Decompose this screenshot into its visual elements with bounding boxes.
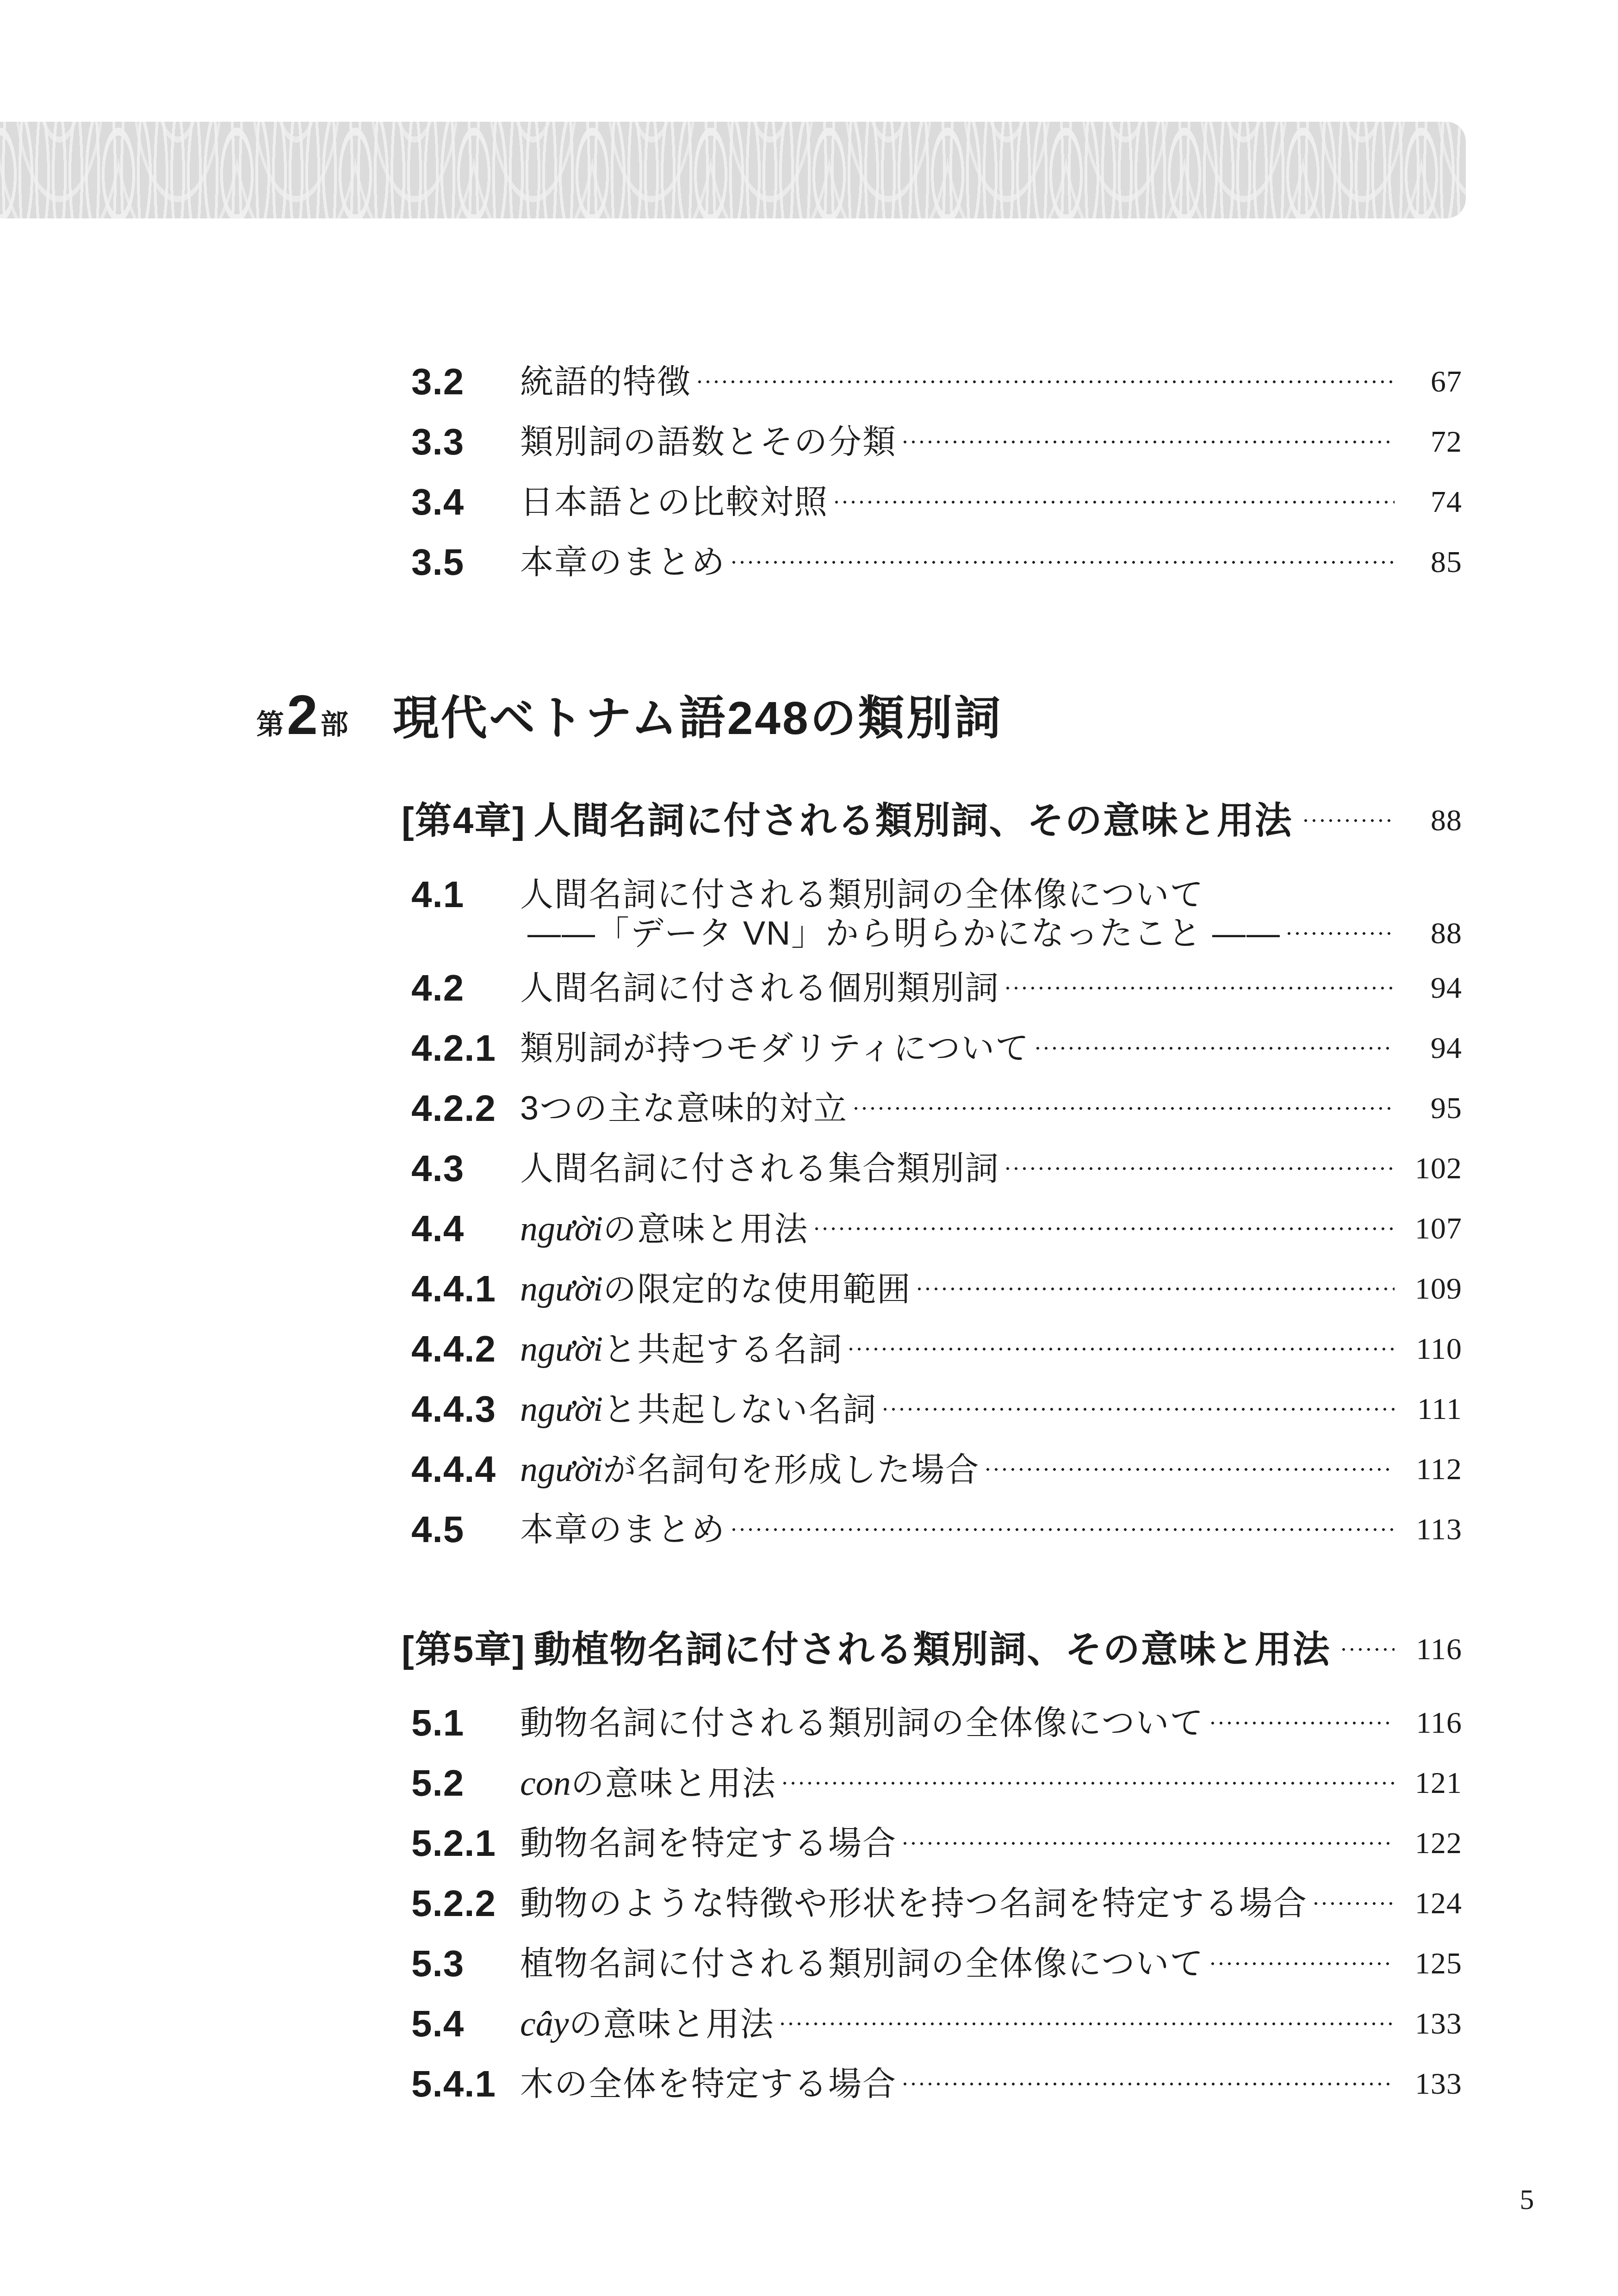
entry-title-text: ――「データ VN」から明らかになったこと ――: [527, 915, 1281, 952]
toc-entry: 4.4.1ngườiの限定的な使用範囲109: [411, 1259, 1462, 1319]
entry-title-text: 木の全体を特定する場合: [520, 2066, 897, 2103]
toc-entry: 5.3植物名詞に付される類別詞の全体像について125: [411, 1934, 1462, 1994]
chapter4-heading-row: [第4章] 人間名詞に付される類別詞、その意味と用法 88: [402, 790, 1462, 851]
toc-entry: 3.3類別詞の語数とその分類72: [411, 412, 1462, 472]
entry-page-number: 121: [1407, 1768, 1462, 1798]
entry-title-italic-term: người: [520, 1330, 603, 1369]
entry-title-text: が名詞句を形成した場合: [603, 1451, 979, 1488]
chapter5-title: 動植物名詞に付される類別詞、その意味と用法: [534, 1631, 1331, 1668]
entry-title: ――「データ VN」から明らかになったこと ――: [520, 917, 1281, 950]
chapter5-label: [第5章]: [402, 1631, 526, 1668]
dot-leader: [835, 500, 1395, 504]
entry-page-number: 116: [1407, 1708, 1462, 1738]
entry-number: 4.5: [411, 1511, 520, 1548]
entry-title: ngườiの意味と用法: [520, 1211, 808, 1246]
toc-entry: 4.2.23つの主な意味的対立95: [411, 1078, 1462, 1139]
entry-title: ngườiが名詞句を形成した場合: [520, 1452, 979, 1487]
part-label-prefix: 第: [256, 711, 284, 739]
entry-number: 5.2: [411, 1765, 520, 1802]
toc-page: 3.2統語的特徴673.3類別詞の語数とその分類723.4日本語との比較対照74…: [0, 0, 1618, 2296]
toc-entry: 3.4日本語との比較対照74: [411, 472, 1462, 532]
entry-page-number: 102: [1407, 1153, 1462, 1184]
entry-title-text: の限定的な使用範囲: [603, 1271, 911, 1308]
entry-page-number: 88: [1407, 918, 1462, 949]
dot-leader: [1314, 1902, 1395, 1905]
dot-leader: [781, 2022, 1395, 2026]
dot-leader: [732, 1528, 1395, 1531]
entry-title: 類別詞が持つモダリティについて: [520, 1032, 1029, 1065]
entry-page-number: 125: [1407, 1948, 1462, 1979]
entry-page-number: 67: [1407, 367, 1462, 397]
dot-leader: [986, 1468, 1395, 1471]
entry-title: ngườiと共起する名詞: [520, 1332, 843, 1367]
toc-section-chapter4: 4.2人間名詞に付される個別類別詞944.2.1類別詞が持つモダリティについて9…: [411, 958, 1462, 1560]
entry-title-text: 動物のような特徴や形状を持つ名詞を特定する場合: [520, 1885, 1308, 1922]
toc-entry-line2: ――「データ VN」から明らかになったこと ――88: [411, 914, 1462, 953]
chapter4-title: 人間名詞に付される類別詞、その意味と用法: [534, 802, 1293, 839]
entry-page-number: 112: [1407, 1454, 1462, 1485]
dot-leader: [1287, 932, 1395, 935]
entry-number: 4.2.2: [411, 1090, 520, 1127]
entry-title-text: 人間名詞に付される個別類別詞: [520, 970, 999, 1007]
chapter5-heading-row: [第5章] 動植物名詞に付される類別詞、その意味と用法 116: [402, 1619, 1462, 1680]
entry-title-italic-term: cây: [520, 2004, 569, 2043]
chapter4-label: [第4章]: [402, 802, 526, 839]
entry-title: câyの意味と用法: [520, 2006, 774, 2041]
toc-entry: 4.4ngườiの意味と用法107: [411, 1199, 1462, 1259]
toc-section-chapter3: 3.2統語的特徴673.3類別詞の語数とその分類723.4日本語との比較対照74…: [411, 352, 1462, 592]
dot-leader: [732, 560, 1395, 564]
entry-title: 動物名詞を特定する場合: [520, 1827, 897, 1860]
entry-number: 5.4.1: [411, 2066, 520, 2103]
entry-title-text: 3つの主な意味的対立: [520, 1090, 848, 1127]
dot-leader: [849, 1347, 1395, 1351]
entry-page-number: 72: [1407, 427, 1462, 457]
toc-entry: 3.5本章のまとめ85: [411, 532, 1462, 592]
entry-title-text: 植物名詞に付される類別詞の全体像について: [520, 1945, 1204, 1982]
entry-number: 4.2.1: [411, 1030, 520, 1067]
toc-entry: 4.2.1類別詞が持つモダリティについて94: [411, 1018, 1462, 1078]
entry-title-text: 動物名詞を特定する場合: [520, 1825, 897, 1862]
entry-number: 4.2: [411, 970, 520, 1007]
toc-entry-line1: 4.1人間名詞に付される類別詞の全体像について: [411, 875, 1462, 914]
toc-entry: 5.4.1木の全体を特定する場合133: [411, 2054, 1462, 2114]
entry-title: 動物名詞に付される類別詞の全体像について: [520, 1706, 1204, 1740]
entry-title-text: 統語的特徴: [520, 363, 691, 400]
toc-entry: 4.5本章のまとめ113: [411, 1500, 1462, 1560]
toc-entry: 4.2人間名詞に付される個別類別詞94: [411, 958, 1462, 1018]
entry-number: 3.5: [411, 544, 520, 581]
dot-leader: [698, 380, 1395, 384]
toc-entry: 5.2.2動物のような特徴や形状を持つ名詞を特定する場合124: [411, 1873, 1462, 1934]
entry-title-text: 人間名詞に付される集合類別詞: [520, 1150, 999, 1187]
entry-title: conの意味と用法: [520, 1766, 776, 1801]
entry-page-number: 124: [1407, 1888, 1462, 1919]
toc-entry: 4.4.4ngườiが名詞句を形成した場合112: [411, 1439, 1462, 1500]
entry-title: 類別詞の語数とその分類: [520, 425, 897, 459]
entry-number: 4.4.3: [411, 1391, 520, 1428]
entry-number: 4.4: [411, 1210, 520, 1247]
part-title: 現代ベトナム語248の類別詞: [393, 695, 1003, 741]
entry-number: 5.2.2: [411, 1885, 520, 1922]
entry-page-number: 85: [1407, 547, 1462, 578]
toc-entry: 5.2.1動物名詞を特定する場合122: [411, 1813, 1462, 1873]
entry-title-italic-term: người: [520, 1269, 603, 1308]
entry-title-text: 日本語との比較対照: [520, 484, 828, 521]
entry-page-number: 95: [1407, 1093, 1462, 1124]
entry-title: 木の全体を特定する場合: [520, 2067, 897, 2101]
entry-title-text: の意味と用法: [569, 2006, 774, 2043]
entry-title: 統語的特徴: [520, 365, 691, 398]
entry-title-text: 本章のまとめ: [520, 1511, 725, 1548]
entry-title: 3つの主な意味的対立: [520, 1092, 848, 1125]
entry-number: 4.4.2: [411, 1331, 520, 1368]
dot-leader: [1006, 1167, 1395, 1170]
dot-leader: [883, 1407, 1395, 1411]
dot-leader: [783, 1781, 1395, 1785]
entry-number: 4.4.1: [411, 1270, 520, 1307]
toc-entry: 3.2統語的特徴67: [411, 352, 1462, 412]
dot-leader: [903, 2082, 1395, 2086]
entry-number: 5.4: [411, 2005, 520, 2042]
entry-number: 5.2.1: [411, 1825, 520, 1862]
entry-number: 4.4.4: [411, 1451, 520, 1488]
page-number: 5: [1499, 2185, 1555, 2214]
entry-title-italic-term: người: [520, 1209, 603, 1248]
entry-title: ngườiと共起しない名詞: [520, 1392, 877, 1427]
entry-number: 4.1: [411, 876, 520, 913]
toc-entry: 5.1動物名詞に付される類別詞の全体像について116: [411, 1693, 1462, 1753]
part2-heading: 第 2 部 現代ベトナム語248の類別詞: [256, 687, 1003, 743]
toc-entry: 4.4.2ngườiと共起する名詞110: [411, 1319, 1462, 1379]
entry-title-italic-term: con: [520, 1764, 571, 1803]
dot-leader: [1304, 819, 1395, 822]
entry-page-number: 111: [1407, 1394, 1462, 1425]
entry-page-number: 94: [1407, 1033, 1462, 1064]
entry-number: 3.3: [411, 423, 520, 460]
entry-title: 人間名詞に付される類別詞の全体像について: [520, 878, 1204, 911]
part-label-number: 2: [287, 687, 318, 743]
entry-page-number: 113: [1407, 1514, 1462, 1545]
entry-page-number: 133: [1407, 2009, 1462, 2039]
dot-leader: [903, 1842, 1395, 1845]
entry-title: 動物のような特徴や形状を持つ名詞を特定する場合: [520, 1887, 1308, 1920]
dot-leader: [1006, 986, 1395, 990]
entry-number: 4.3: [411, 1150, 520, 1187]
dot-leader: [1342, 1648, 1395, 1651]
entry-title: ngườiの限定的な使用範囲: [520, 1271, 911, 1307]
entry-title-text: 本章のまとめ: [520, 544, 725, 581]
entry-page-number: 133: [1407, 2069, 1462, 2099]
entry-title-text: と共起する名詞: [603, 1331, 843, 1368]
entry-page-number: 107: [1407, 1213, 1462, 1244]
entry-title-text: 類別詞が持つモダリティについて: [520, 1030, 1029, 1067]
entry-number: 3.2: [411, 363, 520, 400]
dot-leader: [1211, 1721, 1395, 1725]
decorative-header-band: [0, 122, 1466, 218]
entry-title-text: の意味と用法: [603, 1211, 808, 1248]
chapter4-page-number: 88: [1407, 805, 1462, 836]
entry-page-number: 74: [1407, 487, 1462, 517]
entry-page-number: 94: [1407, 973, 1462, 1003]
toc-entry: 5.4câyの意味と用法133: [411, 1994, 1462, 2054]
entry-title-italic-term: người: [520, 1450, 603, 1489]
entry-title-text: 類別詞の語数とその分類: [520, 423, 897, 460]
dot-leader: [1211, 1962, 1395, 1966]
entry-title: 植物名詞に付される類別詞の全体像について: [520, 1947, 1204, 1980]
entry-title: 本章のまとめ: [520, 546, 725, 579]
entry-title-text: の意味と用法: [571, 1765, 776, 1802]
entry-number: 3.4: [411, 484, 520, 521]
entry-number: 5.3: [411, 1945, 520, 1982]
dot-leader: [903, 440, 1395, 444]
entry-title: 本章のまとめ: [520, 1513, 725, 1546]
toc-entry: 5.2conの意味と用法121: [411, 1753, 1462, 1813]
toc-entry: 4.1人間名詞に付される類別詞の全体像について――「データ VN」から明らかにな…: [411, 875, 1462, 953]
entry-title-text: 動物名詞に付される類別詞の全体像について: [520, 1705, 1204, 1742]
entry-page-number: 110: [1407, 1334, 1462, 1364]
chapter5-page-number: 116: [1407, 1634, 1462, 1665]
dot-leader: [854, 1107, 1395, 1110]
entry-title-text: と共起しない名詞: [603, 1391, 877, 1428]
entry-title: 人間名詞に付される集合類別詞: [520, 1152, 999, 1185]
toc-section-chapter5: 5.1動物名詞に付される類別詞の全体像について1165.2conの意味と用法12…: [411, 1693, 1462, 2114]
entry-page-number: 122: [1407, 1828, 1462, 1859]
entry-title: 日本語との比較対照: [520, 485, 828, 519]
entry-number: 5.1: [411, 1705, 520, 1742]
dot-leader: [815, 1227, 1395, 1231]
entry-title-italic-term: người: [520, 1390, 603, 1429]
toc-entry: 4.4.3ngườiと共起しない名詞111: [411, 1379, 1462, 1439]
dot-leader: [917, 1287, 1395, 1291]
entry-page-number: 109: [1407, 1274, 1462, 1304]
toc-entry: 4.3人間名詞に付される集合類別詞102: [411, 1139, 1462, 1199]
entry-title: 人間名詞に付される個別類別詞: [520, 971, 999, 1005]
entry-title-text: 人間名詞に付される類別詞の全体像について: [520, 876, 1204, 913]
part-label-suffix: 部: [321, 711, 348, 739]
toc-entry-4-1-block: 4.1人間名詞に付される類別詞の全体像について――「データ VN」から明らかにな…: [411, 875, 1462, 953]
dot-leader: [1036, 1046, 1395, 1050]
